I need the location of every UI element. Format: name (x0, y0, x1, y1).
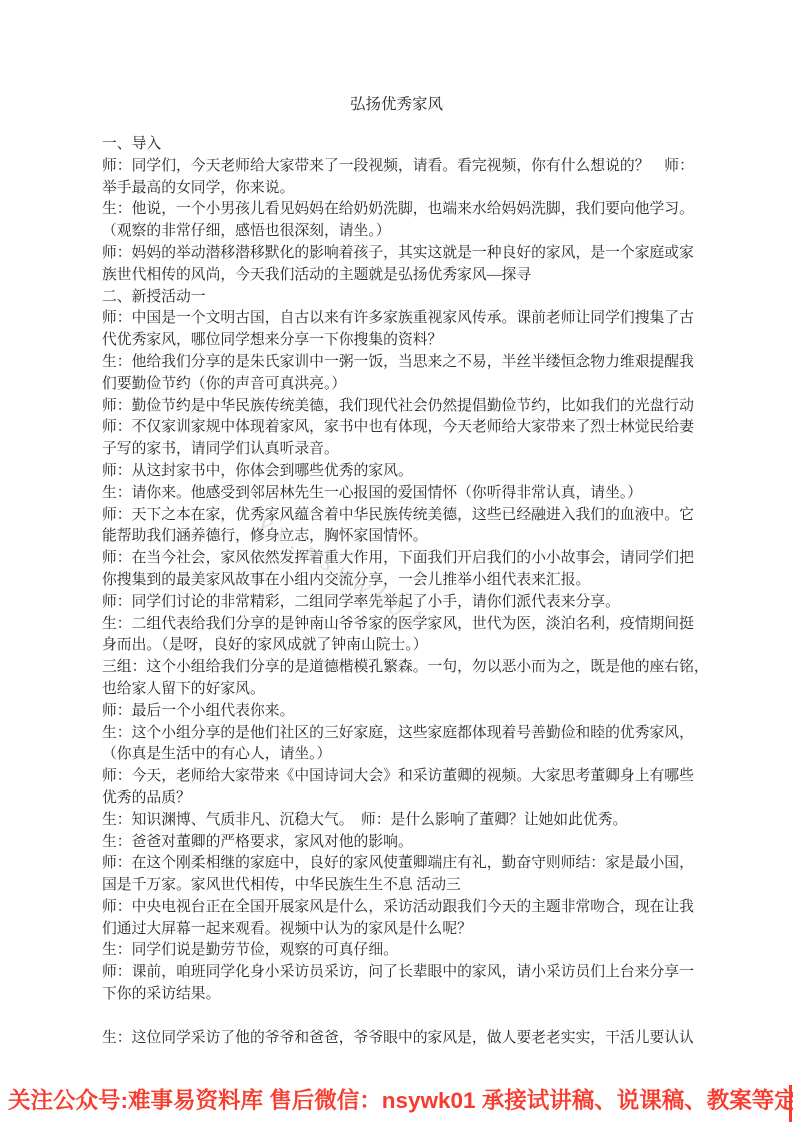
text-line: 们通过大屏幕一起来观看。视频中认为的家风是什么呢？ (102, 919, 694, 941)
text-line: 身而出。（是呀，良好的家风成就了钟南山院士。） (102, 635, 694, 657)
text-line: 师：中国是一个文明古国，自古以来有许多家族重视家风传承。课前老师让同学们搜集了古 (102, 308, 694, 330)
text-line (102, 1006, 694, 1028)
text-line: 师：在当今社会，家风依然发挥着重大作用，下面我们开启我们的小小故事会，请同学们把 (102, 548, 694, 570)
text-line: 生：二组代表给我们分享的是钟南山爷爷家的医学家风，世代为医，淡泊名利，疫情期间挺 (102, 614, 694, 636)
text-line: 也给家人留下的好家风。 (102, 679, 694, 701)
promo-banner: 关注公众号:难事易资料库 售后微信：nsywk01 承接试讲稿、说课稿、教案等定… (0, 1080, 793, 1122)
text-line: 三组：这个小组给我们分享的是道德楷模孔繁森。一句，勿以恶小而为之，既是他的座右铭… (102, 657, 694, 679)
text-line: 师：勤俭节约是中华民族传统美德，我们现代社会仍然提倡勤俭节约，比如我们的光盘行动 (102, 396, 694, 418)
text-line: 生：这位同学采访了他的爷爷和爸爸，爷爷眼中的家风是，做人要老老实实，干活儿要认认 (102, 1028, 694, 1050)
text-line: 你搜集到的最美家风故事在小组内交流分享，一会儿推举小组代表来汇报。 (102, 570, 694, 592)
text-line: 生：同学们说是勤劳节俭，观察的可真仔细。 (102, 940, 694, 962)
text-line: 二、新授活动一 (102, 287, 694, 309)
text-line: 师：同学们，今天老师给大家带来了一段视频，请看。看完视频，你有什么想说的？ 师： (102, 156, 694, 178)
text-line: 生：知识渊博、气质非凡、沉稳大气。 师：是什么影响了董卿？让她如此优秀。 (102, 810, 694, 832)
text-line: 师：天下之本在家，优秀家风蕴含着中华民族传统美德，这些已经融进入我们的血液中。它 (102, 505, 694, 527)
text-line: 子写的家书，请同学们认真听录音。 (102, 439, 694, 461)
document-title: 弘扬优秀家风 (0, 92, 793, 114)
text-line: 族世代相传的风尚，今天我们活动的主题就是弘扬优秀家风—探寻 (102, 265, 694, 287)
text-line: 们要勤俭节约（你的声音可真洪亮。） (102, 374, 694, 396)
document-body: 一、导入师：同学们，今天老师给大家带来了一段视频，请看。看完视频，你有什么想说的… (102, 134, 694, 1049)
red-edge-mark (789, 1085, 792, 1122)
text-line: 生：爸爸对董卿的严格要求，家风对他的影响。 (102, 832, 694, 854)
text-line: 生：请你来。他感受到邻居林先生一心报国的爱国情怀（你听得非常认真，请坐。） (102, 483, 694, 505)
text-line: 生：他给我们分享的是朱氏家训中一粥一饭，当思来之不易，半丝半缕恒念物力维艰提醒我 (102, 352, 694, 374)
text-line: 师：今天，老师给大家带来《中国诗词大会》和采访董卿的视频。大家思考董卿身上有哪些 (102, 766, 694, 788)
text-line: 师：同学们讨论的非常精彩，二组同学率先举起了小手，请你们派代表来分享。 (102, 592, 694, 614)
text-line: 优秀的品质？ (102, 788, 694, 810)
text-line: （观察的非常仔细，感悟也很深刻，请坐。） (102, 221, 694, 243)
text-line: 师：中央电视台正在全国开展家风是什么，采访活动跟我们今天的主题非常吻合，现在让我 (102, 897, 694, 919)
document-page: 弘扬优秀家风 一、导入师：同学们，今天老师给大家带来了一段视频，请看。看完视频，… (0, 0, 793, 1122)
text-line: 师：妈妈的举动潜移潜移默化的影响着孩子，其实这就是一种良好的家风，是一个家庭或家 (102, 243, 694, 265)
text-line: 国是千万家。家风世代相传，中华民族生生不息 活动三 (102, 875, 694, 897)
text-line: 下你的采访结果。 (102, 984, 694, 1006)
text-line: 生：这个小组分享的是他们社区的三好家庭，这些家庭都体现着号善勤俭和睦的优秀家风， (102, 723, 694, 745)
text-line: 师：不仅家训家规中体现着家风，家书中也有体现，今天老师给大家带来了烈士林觉民给妻 (102, 417, 694, 439)
text-line: 生：他说，一个小男孩儿看见妈妈在给奶奶洗脚，也端来水给妈妈洗脚，我们要向他学习。 (102, 199, 694, 221)
text-line: 师：从这封家书中，你体会到哪些优秀的家风。 (102, 461, 694, 483)
text-line: 师：最后一个小组代表你来。 (102, 701, 694, 723)
text-line: （你真是生活中的有心人，请坐。） (102, 744, 694, 766)
text-line: 举手最高的女同学，你来说。 (102, 178, 694, 200)
text-line: 能帮助我们涵养德行，修身立志，胸怀家国情怀。 (102, 526, 694, 548)
text-line: 师：课前，咱班同学化身小采访员采访，问了长辈眼中的家风，请小采访员们上台来分享一 (102, 962, 694, 984)
text-line: 师：在这个刚柔相继的家庭中，良好的家风使董卿端庄有礼，勤奋守则师结：家是最小国， (102, 853, 694, 875)
text-line: 一、导入 (102, 134, 694, 156)
text-line: 代优秀家风，哪位同学想来分享一下你搜集的资料？ (102, 330, 694, 352)
